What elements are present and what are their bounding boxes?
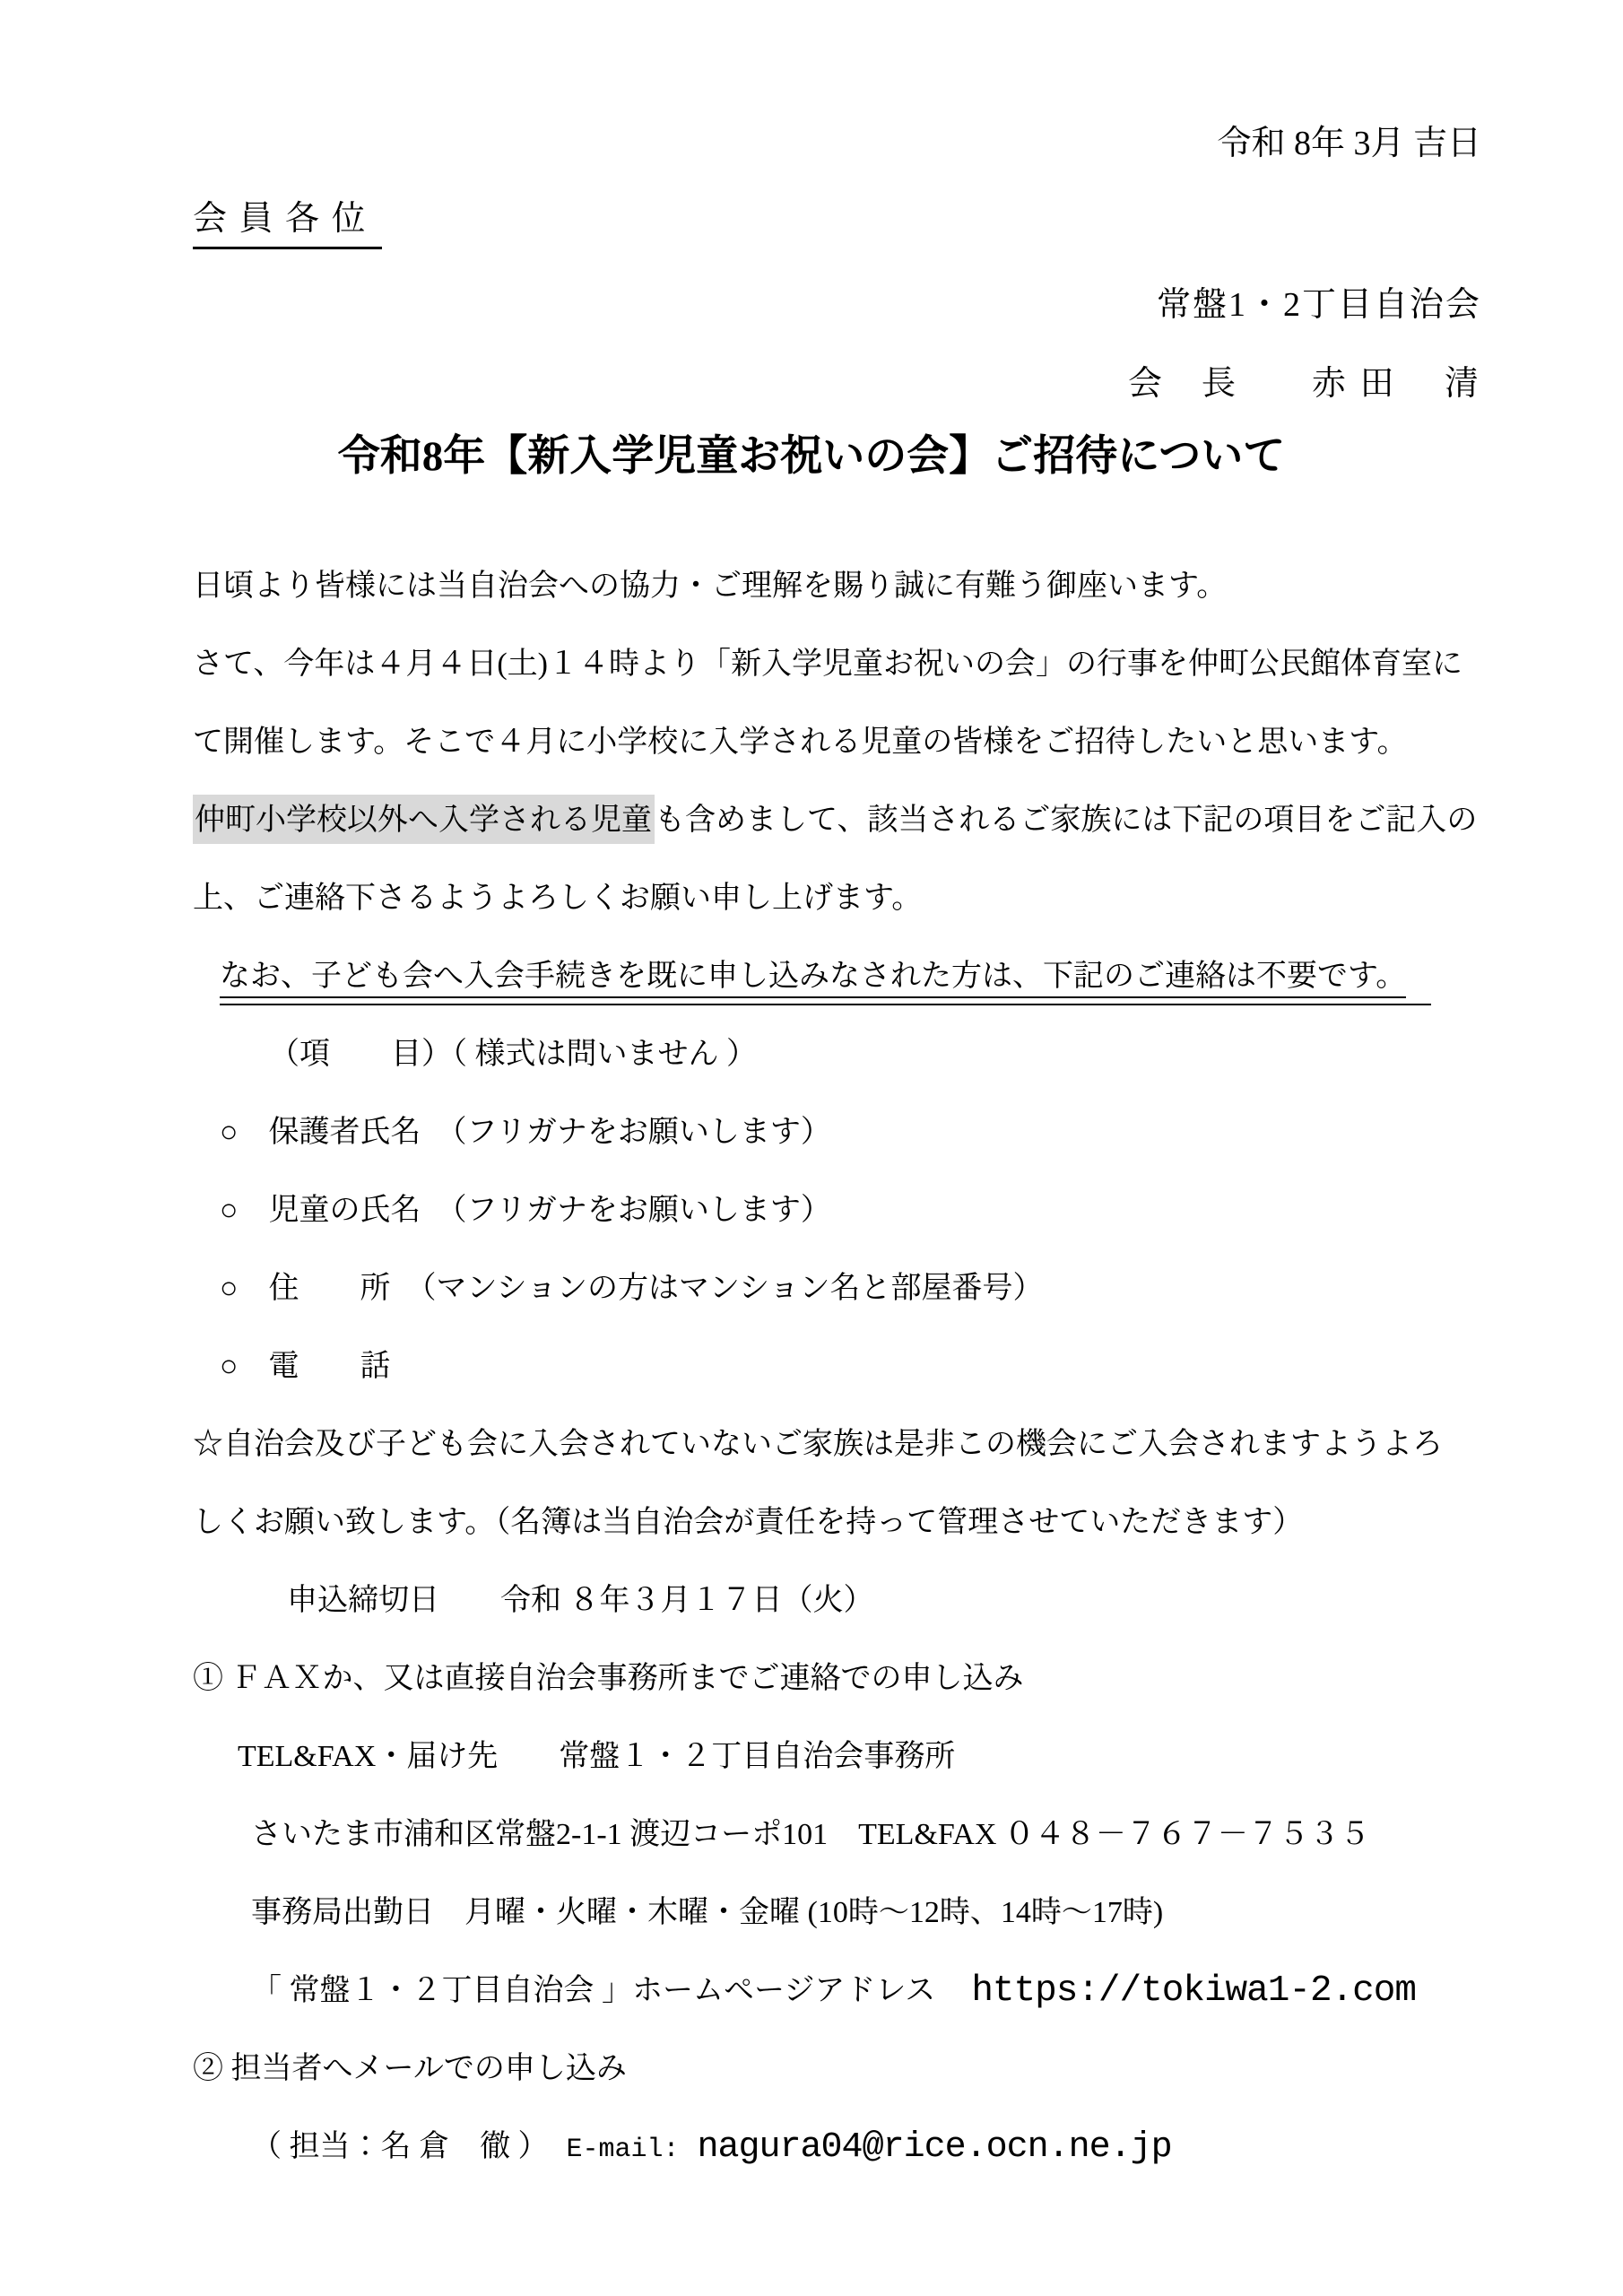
- recipient-text: 会 員 各 位: [193, 200, 382, 249]
- note-underline-outer: なお、子ども会へ入会手続きを既に申し込みなされた方は、下記のご連絡は不要です。: [220, 959, 1431, 1005]
- email-contact-person: （ 担当：名 倉 徹 ）: [251, 2130, 549, 2163]
- item-row-guardian-name: ○ 保護者氏名 （フリガナをお願いします）: [193, 1093, 1605, 1171]
- email-line: （ 担当：名 倉 徹 ）E-mail:nagura04@rice.ocn.ne.…: [193, 2108, 1605, 2186]
- address-telfax-line: さいたま市浦和区常盤2-1-1 渡辺コーポ101 TEL&FAX ０４８－７６７…: [193, 1796, 1605, 1874]
- paragraph-request-line2: 上、ご連絡下さるようよろしくお願い申し上げます。: [193, 859, 1605, 937]
- item-row-phone: ○ 電 話: [193, 1327, 1605, 1405]
- request-rest-text: も含めまして、該当されるご家族には下記の項目をご記入の: [655, 804, 1477, 837]
- highlighted-text: 仲町小学校以外へ入学される児童: [193, 795, 655, 844]
- sender-organization: 常盤1・2丁目自治会: [0, 285, 1481, 326]
- email-label: E-mail:: [567, 2135, 680, 2165]
- item-row-child-name: ○ 児童の氏名 （フリガナをお願いします）: [193, 1171, 1605, 1249]
- office-days-line: 事務局出勤日 月曜・火曜・木曜・金曜 (10時～12時、14時～17時): [193, 1874, 1605, 1952]
- document-page: 令和 8年 3月 吉日 会 員 各 位 常盤1・2丁目自治会 会 長 赤 田 清…: [0, 0, 1623, 2296]
- paragraph-event-line1: さて、今年は４月４日(土)１４時より「新入学児童お祝いの会」の行事を仲町公民館体…: [193, 625, 1605, 703]
- star-note-line2: しくお願い致します。（名簿は当自治会が責任を持って管理させていただきます）: [193, 1483, 1605, 1561]
- items-header: （項 目）（ 様式は問いません ）: [193, 1015, 1605, 1093]
- item-row-address: ○ 住 所 （マンションの方はマンション名と部屋番号）: [193, 1249, 1605, 1327]
- email-address: nagura04@rice.ocn.ne.jp: [698, 2127, 1172, 2168]
- sender-person: 会 長 赤 田 清: [0, 364, 1481, 405]
- document-title: 令和8年【新入学児童お祝いの会】ご招待について: [0, 430, 1623, 483]
- paragraph-request-line1: 仲町小学校以外へ入学される児童も含めまして、該当されるご家族には下記の項目をご記…: [193, 781, 1605, 859]
- contact-destination-line: TEL&FAX・届け先 常盤１・２丁目自治会事務所: [193, 1718, 1605, 1796]
- recipient-line: 会 員 各 位: [193, 199, 382, 240]
- homepage-url: https://tokiwa1-2.com: [971, 1970, 1416, 2012]
- paragraph-event-line2: て開催します。そこで４月に小学校に入学される児童の皆様をご招待したいと思います。: [193, 703, 1605, 781]
- note-line: なお、子ども会へ入会手続きを既に申し込みなされた方は、下記のご連絡は不要です。: [193, 937, 1605, 1015]
- document-body: 日頃より皆様には当自治会への協力・ご理解を賜り誠に有難う御座います。 さて、今年…: [193, 547, 1605, 2186]
- homepage-label: 「 常盤１・２丁目自治会 」ホームページアドレス: [251, 1974, 935, 2007]
- deadline-line: 申込締切日 令和 ８年３月１７日（火）: [193, 1561, 1605, 1639]
- star-note-line1: ☆自治会及び子ども会に入会されていないご家族は是非この機会にご入会されますようよ…: [193, 1405, 1605, 1483]
- homepage-line: 「 常盤１・２丁目自治会 」ホームページアドレスhttps://tokiwa1-…: [193, 1952, 1605, 2030]
- paragraph-greeting: 日頃より皆様には当自治会への協力・ご理解を賜り誠に有難う御座います。: [193, 547, 1605, 625]
- method1-line: ① ＦＡＸか、又は直接自治会事務所までご連絡での申し込み: [193, 1639, 1605, 1718]
- method2-line: ② 担当者へメールでの申し込み: [193, 2030, 1605, 2108]
- date-line: 令和 8年 3月 吉日: [0, 124, 1481, 165]
- note-underlined-text: なお、子ども会へ入会手続きを既に申し込みなされた方は、下記のご連絡は不要です。: [220, 960, 1406, 998]
